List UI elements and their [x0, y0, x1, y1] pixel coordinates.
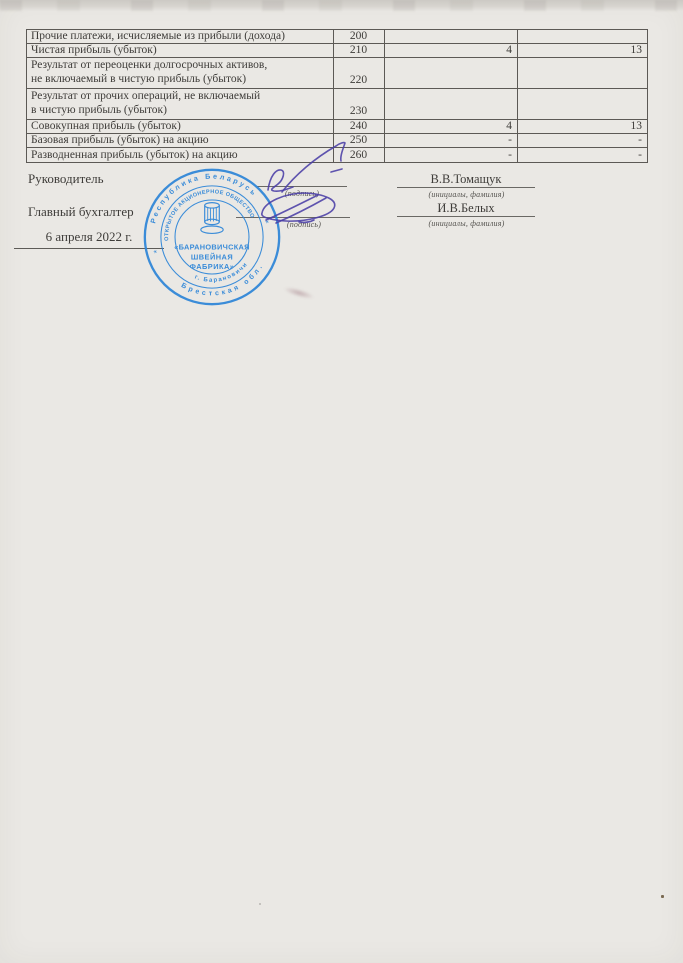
scan-speck	[661, 895, 664, 898]
stamp-center-line1: «БАРАНОВИЧСКАЯ	[174, 243, 249, 252]
accountant-name: И.В.Белых	[398, 201, 534, 216]
row-code: 200	[334, 30, 385, 44]
stamp-left-star: *	[153, 248, 159, 259]
table-row-240: Совокупная прибыль (убыток) 240 4 13	[27, 120, 648, 134]
director-name-caption: (инициалы, фамилия)	[398, 190, 535, 199]
director-role-label: Руководитель	[28, 171, 104, 187]
accountant-name-line	[397, 216, 535, 217]
director-name-line	[397, 187, 535, 188]
stamp-right-star: *	[265, 218, 271, 229]
table-row-220: Результат от переоценки долгосрочных акт…	[27, 58, 648, 89]
row-code: 250	[334, 134, 385, 148]
row-value-2	[518, 30, 648, 44]
company-round-stamp: Республика Беларусь Брестская обл. ОТКРЫ…	[139, 164, 285, 310]
row-label: Совокупная прибыль (убыток)	[27, 120, 334, 134]
row-value-1: -	[385, 134, 518, 148]
row-label: Результат от переоценки долгосрочных акт…	[27, 58, 334, 89]
row-value-1: 4	[385, 44, 518, 58]
row-value-1	[385, 58, 518, 89]
stamp-center-line3: ФАБРИКА»	[190, 262, 235, 271]
row-value-2: 13	[518, 44, 648, 58]
row-label: Чистая прибыль (убыток)	[27, 44, 334, 58]
row-value-2: 13	[518, 120, 648, 134]
table-row-250: Базовая прибыль (убыток) на акцию 250 - …	[27, 134, 648, 148]
row-value-2	[518, 89, 648, 120]
stamp-center-line2: ШВЕЙНАЯ	[191, 252, 233, 261]
thread-spool-icon	[201, 203, 223, 234]
row-label: Разводненная прибыль (убыток) на акцию	[27, 148, 334, 163]
stamp-middle-circle	[161, 186, 263, 288]
row-label-line1: Результат от переоценки долгосрочных акт…	[31, 59, 328, 73]
row-code: 230	[334, 89, 385, 120]
scan-smudge-artifact	[283, 285, 316, 302]
row-code: 260	[334, 148, 385, 163]
stamp-center-text-group: «БАРАНОВИЧСКАЯ ШВЕЙНАЯ ФАБРИКА»	[174, 243, 249, 271]
row-label-line1: Результат от прочих операций, не включае…	[31, 90, 328, 104]
table-row-230: Результат от прочих операций, не включае…	[27, 89, 648, 120]
row-value-1	[385, 30, 518, 44]
row-value-2: -	[518, 148, 648, 163]
row-code: 240	[334, 120, 385, 134]
table-row-200: Прочие платежи, исчисляемые из прибыли (…	[27, 30, 648, 44]
row-label: Прочие платежи, исчисляемые из прибыли (…	[27, 30, 334, 44]
accountant-name-caption: (инициалы, фамилия)	[398, 219, 535, 228]
row-value-1: 4	[385, 120, 518, 134]
row-label: Базовая прибыль (убыток) на акцию	[27, 134, 334, 148]
row-value-1	[385, 89, 518, 120]
row-code: 210	[334, 44, 385, 58]
row-code: 220	[334, 58, 385, 89]
income-statement-table: Прочие платежи, исчисляемые из прибыли (…	[26, 29, 648, 163]
row-value-2	[518, 58, 648, 89]
scan-speck	[259, 903, 261, 905]
scan-edge-artifact	[0, 0, 683, 11]
scanned-document-page: Прочие платежи, исчисляемые из прибыли (…	[0, 0, 683, 963]
row-value-1: -	[385, 148, 518, 163]
director-name: В.В.Томащук	[398, 172, 534, 187]
row-label-line2: не включаемый в чистую прибыль (убыток)	[31, 73, 328, 87]
table-row-260: Разводненная прибыль (убыток) на акцию 2…	[27, 148, 648, 163]
row-value-2: -	[518, 134, 648, 148]
row-label-line2: в чистую прибыль (убыток)	[31, 104, 328, 118]
table-row-210: Чистая прибыль (убыток) 210 4 13	[27, 44, 648, 58]
accountant-role-label: Главный бухгалтер	[28, 204, 134, 220]
row-label: Результат от прочих операций, не включае…	[27, 89, 334, 120]
scan-mottle-artifact	[0, 0, 683, 11]
